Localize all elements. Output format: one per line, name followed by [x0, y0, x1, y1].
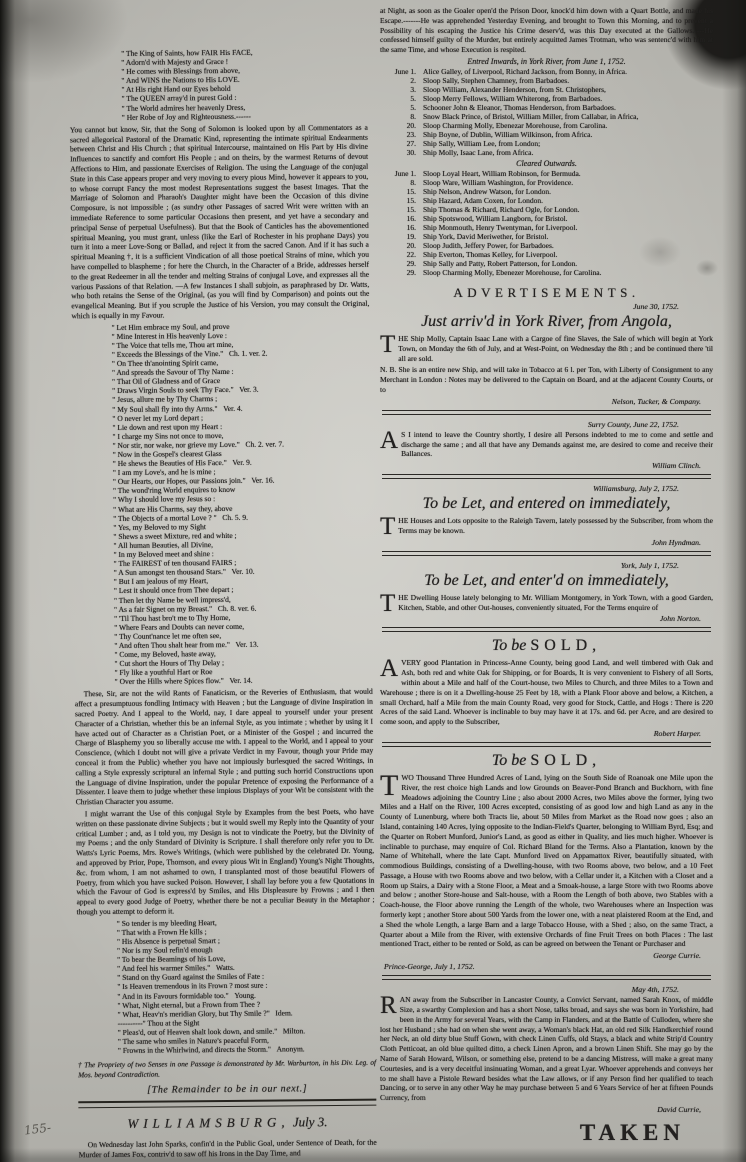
entry-day: 15.	[380, 205, 423, 214]
ship-entry-outward: 15. Ship Hazard, Adam Coxen, for London.	[380, 196, 713, 205]
ad-body-text: AN away from the Subscriber in Lancaster…	[380, 995, 713, 1102]
ad-date: June 30, 1752.	[380, 302, 713, 311]
entry-day: 20.	[380, 241, 423, 250]
ad-angola-arrival: June 30, 1752. Just arriv'd in York Rive…	[380, 302, 713, 406]
left-column: " The King of Saints, how FAIR His FACE,…	[69, 45, 377, 1162]
opening-poem: " The King of Saints, how FAIR His FACE,…	[69, 47, 368, 122]
entry-day: 5.	[380, 103, 423, 112]
entry-day: 29.	[380, 259, 423, 268]
ad-divider-rule	[382, 742, 711, 747]
entry-text: Sloop Ware, William Washington, for Prov…	[423, 178, 713, 187]
drop-cap: T	[380, 334, 398, 354]
cleared-outwards-heading: Cleared Outwards.	[380, 159, 713, 168]
entry-day: 29.	[380, 268, 423, 277]
entry-day: 30.	[380, 148, 423, 157]
ad-title-prefix: To be	[492, 637, 531, 654]
ad-divider-rule	[382, 410, 711, 415]
ad-body: TWO Thousand Three Hundred Acres of Land…	[380, 773, 713, 949]
entry-text: Sloop Merry Fellows, William Whiterong, …	[423, 94, 713, 103]
entry-text: Ship York, David Meriwether, for Bristol…	[423, 232, 713, 241]
entry-day: 16.	[380, 214, 423, 223]
entry-text: Ship Sally and Patty, Robert Patterson, …	[423, 259, 713, 268]
letter-paragraph-2: These, Sir, are not the wild Rants of Fa…	[75, 687, 374, 807]
ad-dateline: Surry County, June 22, 1752.	[380, 420, 713, 429]
ad-body: AVERY good Plantation in Princess-Anne C…	[380, 658, 713, 727]
entry-text: Ship Everton, Thomas Kelley, for Liverpo…	[423, 250, 713, 259]
ad-body-text: WO Thousand Three Hundred Acres of Land,…	[380, 773, 713, 949]
entry-day: 15.	[380, 187, 423, 196]
ad-body: THE Houses and Lots opposite to the Rale…	[380, 516, 713, 536]
ship-entry-outward: 29. Ship Sally and Patty, Robert Patters…	[380, 259, 713, 268]
ship-entry-inward: 27. Ship Sally, William Lee, from London…	[380, 139, 713, 148]
entry-day: 27.	[380, 139, 423, 148]
ship-entry-outward: 15. Ship Nelson, Andrew Watson, for Lond…	[380, 187, 713, 196]
advertisements-heading: ADVERTISEMENTS.	[380, 285, 713, 301]
ship-entry-outward: 22. Ship Everton, Thomas Kelley, for Liv…	[380, 250, 713, 259]
ad-body-text: HE Ship Molly, Captain Isaac Lane with a…	[398, 334, 713, 363]
entry-text: Sloop Judith, Jeffery Power, for Barbado…	[423, 241, 713, 250]
entry-text: Schooner John & Eleanor, Thomas Henderso…	[423, 103, 713, 112]
ship-entry-inward: June 1. Alice Galley, of Liverpool, Rich…	[380, 67, 713, 76]
entry-day: 22.	[380, 250, 423, 259]
ship-entry-inward: 2. Sloop Sally, Stephen Chamney, from Ba…	[380, 76, 713, 85]
ad-body: THE Ship Molly, Captain Isaac Lane with …	[380, 334, 713, 363]
cleared-outwards-list: June 1. Sloop Loyal Heart, William Robin…	[380, 169, 713, 277]
entry-text: Ship Boyne, of Dublin, William Wilkinson…	[423, 130, 713, 139]
ad-harper-plantation-sale: To be SOLD, AVERY good Plantation in Pri…	[380, 637, 713, 738]
ad-divider-rule	[382, 627, 711, 632]
ship-entry-outward: 15. Ship Thomas & Richard, Richard Ogle,…	[380, 205, 713, 214]
entry-text: Sloop William, Alexander Henderson, from…	[423, 85, 713, 94]
ship-entry-inward: 5. Sloop Merry Fellows, William Whiteron…	[380, 94, 713, 103]
ship-entry-outward: June 1. Sloop Loyal Heart, William Robin…	[380, 169, 713, 178]
ad-divider-rule	[382, 975, 711, 980]
entry-day: 23.	[380, 130, 423, 139]
entry-text: Alice Galley, of Liverpool, Richard Jack…	[423, 67, 713, 76]
entry-text: Ship Sally, William Lee, from London;	[423, 139, 713, 148]
ad-dateline: Williamsburg, July 2, 1752.	[380, 484, 713, 493]
entry-text: Ship Spotswood, William Langborn, for Br…	[423, 214, 713, 223]
ad-nota-bene: N. B. She is an entire new Ship, and wil…	[380, 365, 713, 394]
entry-text: Sloop Loyal Heart, William Robinson, for…	[423, 169, 713, 178]
ad-signature: David Currie,	[380, 1105, 713, 1114]
entry-day: 8.	[380, 178, 423, 187]
drop-cap: A	[380, 430, 401, 450]
ship-entry-inward: 8. Snow Black Prince, of Bristol, Willia…	[380, 112, 713, 121]
entry-text: Sloop Charming Molly, Ebenezar Morehouse…	[423, 121, 713, 130]
ad-clinch-notice: Surry County, June 22, 1752. AS I intend…	[380, 420, 713, 470]
letter-paragraph-1: You cannot but know, Sir, that the Song …	[70, 122, 370, 321]
entry-day: 5.	[380, 94, 423, 103]
ad-title: To be SOLD,	[380, 637, 713, 655]
ship-entry-inward: 30. Ship Molly, Isaac Lane, from Africa.	[380, 148, 713, 157]
ship-entry-inward: 3. Sloop William, Alexander Henderson, f…	[380, 85, 713, 94]
ship-entry-outward: 16. Ship Spotswood, William Langborn, fo…	[380, 214, 713, 223]
ship-entry-outward: 19. Ship York, David Meriwether, for Bri…	[380, 232, 713, 241]
entry-text: Ship Molly, Isaac Lane, from Africa.	[423, 148, 713, 157]
ship-entry-outward: 29. Sloop Charming Molly, Ebenezer Moreh…	[380, 268, 713, 277]
ad-title: To be Let, and entered on immediately,	[380, 495, 713, 513]
ad-norton-to-let: York, July 1, 1752. To be Let, and enter…	[380, 561, 713, 624]
entry-text: Ship Thomas & Richard, Richard Ogle, for…	[423, 205, 713, 214]
ad-runaway-servant: May 4th, 1752. RAN away from the Subscri…	[380, 985, 713, 1114]
ship-entry-inward: 23. Ship Boyne, of Dublin, William Wilki…	[380, 130, 713, 139]
ship-entry-inward: 20. Sloop Charming Molly, Ebenezar Moreh…	[380, 121, 713, 130]
entred-inwards-list: June 1. Alice Galley, of Liverpool, Rich…	[380, 67, 713, 157]
ship-entry-outward: 8. Sloop Ware, William Washington, for P…	[380, 178, 713, 187]
ad-body-text: VERY good Plantation in Princess-Anne Co…	[380, 658, 713, 726]
entry-text: Sloop Sally, Stephen Chamney, from Barba…	[423, 76, 713, 85]
williamsburg-city: WILLIAMSBURG,	[127, 1115, 289, 1131]
scripture-verse-quotes: " Let Him embrace my Soul, and prove " M…	[72, 320, 373, 686]
ad-currie-land-sale: To be SOLD, TWO Thousand Three Hundred A…	[380, 752, 713, 971]
drop-cap: T	[380, 773, 401, 798]
entry-text: Ship Hazard, Adam Coxen, for London.	[423, 196, 713, 205]
poet-quotes: " So tender is my bleeding Heart, " That…	[77, 916, 376, 1055]
ship-entry-inward: 5. Schooner John & Eleanor, Thomas Hende…	[380, 103, 713, 112]
entry-day: 2.	[380, 76, 423, 85]
section-divider-rule	[78, 1099, 376, 1109]
ad-signature: Robert Harper.	[380, 729, 713, 738]
drop-cap: R	[380, 995, 400, 1015]
ad-body: AS I intend to leave the Country shortly…	[380, 430, 713, 459]
ad-signature: Nelson, Tucker, & Company.	[380, 397, 713, 406]
drop-cap: T	[380, 593, 398, 613]
ad-body-text: HE Dwelling House lately belonging to Mr…	[398, 593, 713, 612]
entry-text: Snow Black Prince, of Bristol, William M…	[423, 112, 713, 121]
drop-cap: T	[380, 516, 398, 536]
drop-cap: A	[380, 658, 401, 678]
footnote-warburton: † The Propriety of two Senses in one Pas…	[78, 1058, 376, 1080]
ad-divider-rule	[382, 551, 711, 556]
entry-text: Ship Monmouth, Henry Twentyman, for Live…	[423, 223, 713, 232]
ad-title-word: SOLD,	[530, 637, 601, 654]
ad-title-word: SOLD,	[530, 752, 601, 769]
entry-day: June 1.	[380, 169, 423, 178]
ad-signature: John Norton.	[380, 614, 713, 623]
news-continuation-paragraph: at Night, as soon as the Goaler open'd t…	[380, 6, 713, 55]
ad-signature: John Hyndman.	[380, 538, 713, 547]
ship-entry-outward: 20. Sloop Judith, Jeffery Power, for Bar…	[380, 241, 713, 250]
ad-signature: William Clinch.	[380, 461, 713, 470]
taken-catchword: TAKEN	[380, 1120, 713, 1146]
ad-divider-rule	[382, 474, 711, 479]
entry-day: 16.	[380, 223, 423, 232]
entry-day: June 1.	[380, 67, 423, 76]
ad-dateline: York, July 1, 1752.	[380, 561, 713, 570]
entred-inwards-heading: Entred Inwards, in York River, from June…	[380, 57, 713, 66]
newspaper-page-scan: " The King of Saints, how FAIR His FACE,…	[0, 0, 746, 1162]
entry-day: 20.	[380, 121, 423, 130]
ad-title: To be Let, and enter'd on immediately,	[380, 572, 713, 590]
entry-text: Sloop Charming Molly, Ebenezer Morehouse…	[423, 268, 713, 277]
ad-title-prefix: To be	[492, 752, 531, 769]
ad-dateline: May 4th, 1752.	[380, 985, 713, 994]
letter-paragraph-3: I might warrant the Use of this conjugal…	[76, 807, 375, 917]
ad-title: Just arriv'd in York River, from Angola,	[380, 313, 713, 331]
ad-hyndman-to-let: Williamsburg, July 2, 1752. To be Let, a…	[380, 484, 713, 547]
entry-day: 19.	[380, 232, 423, 241]
ad-body-text: HE Houses and Lots opposite to the Ralei…	[398, 516, 713, 535]
remainder-note: [The Remainder to be in our next.]	[78, 1083, 376, 1097]
williamsburg-date: July 3.	[290, 1114, 328, 1129]
ship-entry-outward: 16. Ship Monmouth, Henry Twentyman, for …	[380, 223, 713, 232]
entry-day: 15.	[380, 196, 423, 205]
right-column: at Night, as soon as the Goaler open'd t…	[380, 6, 713, 1146]
williamsburg-dateline-heading: WILLIAMSBURG, July 3.	[78, 1114, 376, 1133]
ad-bottom-dateline: Prince-George, July 1, 1752.	[380, 962, 713, 971]
ad-signature: George Currie.	[380, 951, 713, 960]
ad-title: To be SOLD,	[380, 752, 713, 770]
williamsburg-news-paragraph: On Wednesday last John Sparks, confin'd …	[79, 1138, 377, 1161]
handwritten-page-number: 155-	[23, 1120, 51, 1137]
ad-body: RAN away from the Subscriber in Lancaste…	[380, 995, 713, 1103]
ad-body-text: S I intend to leave the Country shortly,…	[401, 430, 713, 459]
entry-day: 8.	[380, 112, 423, 121]
entry-day: 3.	[380, 85, 423, 94]
ad-body: THE Dwelling House lately belonging to M…	[380, 593, 713, 613]
entry-text: Ship Nelson, Andrew Watson, for London.	[423, 187, 713, 196]
